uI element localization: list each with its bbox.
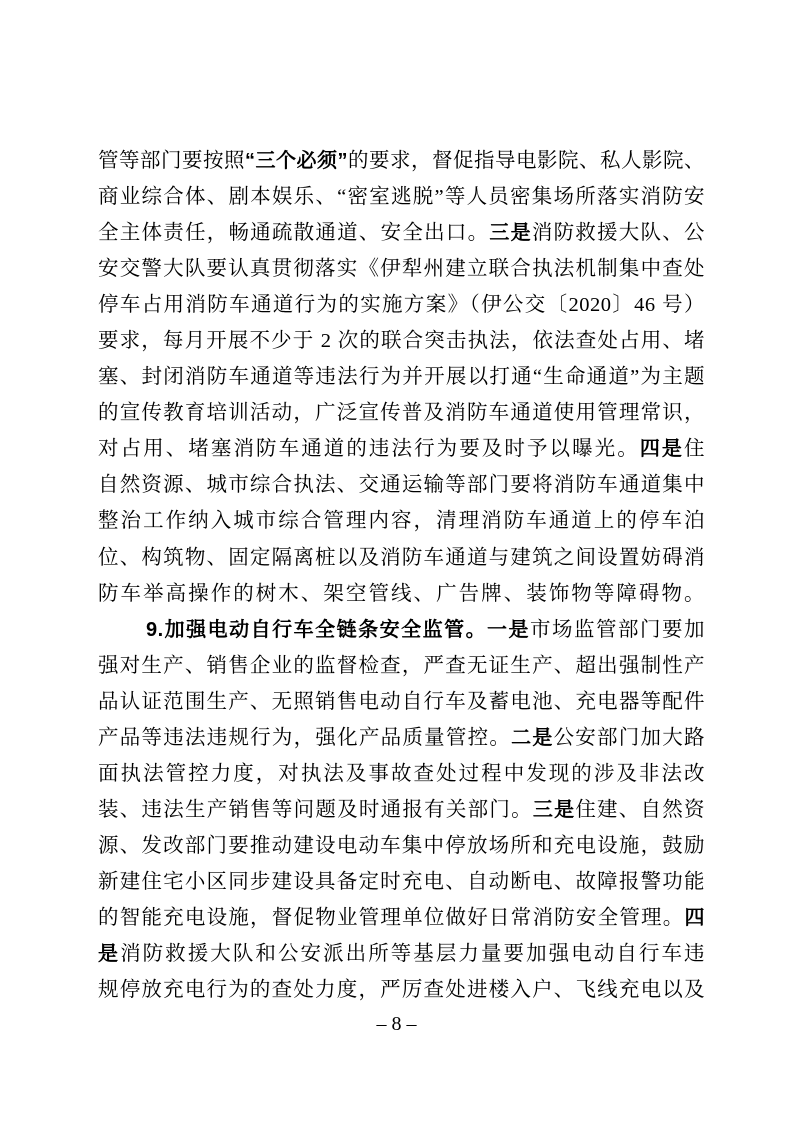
text-line: 位、构筑物、固定隔离桩以及消防车通道与建筑之间设置妨碍消 xyxy=(98,540,705,576)
bold-text-run: 三是 xyxy=(489,222,531,244)
text-line: 强对生产、销售企业的监督检查，严查无证生产、超出强制性产 xyxy=(98,648,705,684)
text-run: 管等部门要按照 xyxy=(98,150,245,172)
text-line: 9.加强电动自行车全链条安全监管。一是市场监管部门要加 xyxy=(98,612,705,648)
text-line: 对占用、堵塞消防车通道的违法行为要及时予以曝光。四是住建、 xyxy=(98,431,705,467)
text-run: 商业综合体、剧本娱乐、“密室逃脱”等人员密集场所落实消防安 xyxy=(98,186,705,208)
page-number: – 8 – xyxy=(0,1006,793,1042)
text-run: 消防救援大队和公安派出所等基层力量要加强电动自行车违 xyxy=(120,943,705,965)
bold-text-run: “三个必须” xyxy=(245,150,348,172)
text-line: 要求，每月开展不少于 2 次的联合突击执法，依法查处占用、堵 xyxy=(98,323,705,359)
text-line: 全主体责任，畅通疏散通道、安全出口。三是消防救援大队、公 xyxy=(98,215,705,251)
document-body: 管等部门要按照“三个必须”的要求，督促指导电影院、私人影院、商业综合体、剧本娱乐… xyxy=(98,143,705,1008)
text-run: 品认证范围生产、无照销售电动自行车及蓄电池、充电器等配件 xyxy=(98,691,705,713)
text-run: 安交警大队要认真贯彻落实《伊犁州建立联合执法机制集中查处 xyxy=(98,258,705,280)
text-line: 装、违法生产销售等问题及时通报有关部门。三是住建、自然资 xyxy=(98,792,705,828)
text-line: 源、发改部门要推动建设电动车集中停放场所和充电设施，鼓励 xyxy=(98,828,705,864)
text-run: 防车举高操作的树木、架空管线、广告牌、装饰物等障碍物。 xyxy=(98,583,705,605)
text-line: 是消防救援大队和公安派出所等基层力量要加强电动自行车违 xyxy=(98,936,705,972)
text-line: 产品等违法违规行为，强化产品质量管控。二是公安部门加大路 xyxy=(98,720,705,756)
text-line: 整治工作纳入城市综合管理内容，清理消防车通道上的停车泊 xyxy=(98,503,705,539)
text-run: 源、发改部门要推动建设电动车集中停放场所和充电设施，鼓励 xyxy=(98,835,705,857)
text-run: 面执法管控力度，对执法及事故查处过程中发现的涉及非法改 xyxy=(98,763,705,785)
text-run: 新建住宅小区同步建设具备定时充电、自动断电、故障报警功能 xyxy=(98,871,705,893)
text-line: 停车占用消防车通道行为的实施方案》（伊公交〔2020〕46 号） xyxy=(98,287,705,323)
text-run: 公安部门加大路 xyxy=(554,727,705,749)
text-run: 自然资源、城市综合执法、交通运输等部门要将消防车通道集中 xyxy=(98,474,705,496)
text-run: 住建、自然资 xyxy=(575,799,705,821)
text-run: 规停放充电行为的查处力度，严厉查处进楼入户、飞线充电以及 xyxy=(98,979,705,1001)
text-run: 要求，每月开展不少于 2 次的联合突击执法，依法查处占用、堵 xyxy=(98,330,705,352)
text-line: 面执法管控力度，对执法及事故查处过程中发现的涉及非法改 xyxy=(98,756,705,792)
text-run: 产品等违法违规行为，强化产品质量管控。 xyxy=(98,727,511,749)
bold-text-run: 是 xyxy=(98,943,120,965)
text-line: 的宣传教育培训活动，广泛宣传普及消防车通道使用管理常识， xyxy=(98,395,705,431)
text-line: 规停放充电行为的查处力度，严厉查处进楼入户、飞线充电以及 xyxy=(98,972,705,1008)
text-run: 的要求，督促指导电影院、私人影院、 xyxy=(348,150,705,172)
text-run: 对占用、堵塞消防车通道的违法行为要及时予以曝光。 xyxy=(98,438,640,460)
bold-text-run: 四 xyxy=(685,907,706,929)
bold-text-run: 二是 xyxy=(511,727,553,749)
text-run: 位、构筑物、固定隔离桩以及消防车通道与建筑之间设置妨碍消 xyxy=(98,547,705,569)
text-run: 强对生产、销售企业的监督检查，严查无证生产、超出强制性产 xyxy=(98,655,705,677)
bold-text-run: 三是 xyxy=(533,799,575,821)
bold-text-run: 9.加强电动自行车全链条安全监管。一是 xyxy=(146,619,530,641)
bold-text-run: 四是 xyxy=(640,438,684,460)
text-run: 市场监管部门要加 xyxy=(530,619,705,641)
text-line: 自然资源、城市综合执法、交通运输等部门要将消防车通道集中 xyxy=(98,467,705,503)
text-line: 新建住宅小区同步建设具备定时充电、自动断电、故障报警功能 xyxy=(98,864,705,900)
text-line: 商业综合体、剧本娱乐、“密室逃脱”等人员密集场所落实消防安 xyxy=(98,179,705,215)
text-line: 塞、封闭消防车通道等违法行为并开展以打通“生命通道”为主题 xyxy=(98,359,705,395)
text-line: 管等部门要按照“三个必须”的要求，督促指导电影院、私人影院、 xyxy=(98,143,705,179)
text-line: 的智能充电设施，督促物业管理单位做好日常消防安全管理。四 xyxy=(98,900,705,936)
text-run: 全主体责任，畅通疏散通道、安全出口。 xyxy=(98,222,489,244)
text-run: 塞、封闭消防车通道等违法行为并开展以打通“生命通道”为主题 xyxy=(98,366,705,388)
text-run: 停车占用消防车通道行为的实施方案》（伊公交〔2020〕46 号） xyxy=(98,294,705,316)
text-line: 品认证范围生产、无照销售电动自行车及蓄电池、充电器等配件 xyxy=(98,684,705,720)
text-run: 整治工作纳入城市综合管理内容，清理消防车通道上的停车泊 xyxy=(98,510,705,532)
document-page: 管等部门要按照“三个必须”的要求，督促指导电影院、私人影院、商业综合体、剧本娱乐… xyxy=(0,0,793,1122)
text-run: 消防救援大队、公 xyxy=(532,222,705,244)
text-line: 防车举高操作的树木、架空管线、广告牌、装饰物等障碍物。 xyxy=(98,576,705,612)
text-line: 安交警大队要认真贯彻落实《伊犁州建立联合执法机制集中查处 xyxy=(98,251,705,287)
text-run: 的宣传教育培训活动，广泛宣传普及消防车通道使用管理常识， xyxy=(98,402,705,424)
text-run: 装、违法生产销售等问题及时通报有关部门。 xyxy=(98,799,533,821)
text-run: 的智能充电设施，督促物业管理单位做好日常消防安全管理。 xyxy=(98,907,685,929)
